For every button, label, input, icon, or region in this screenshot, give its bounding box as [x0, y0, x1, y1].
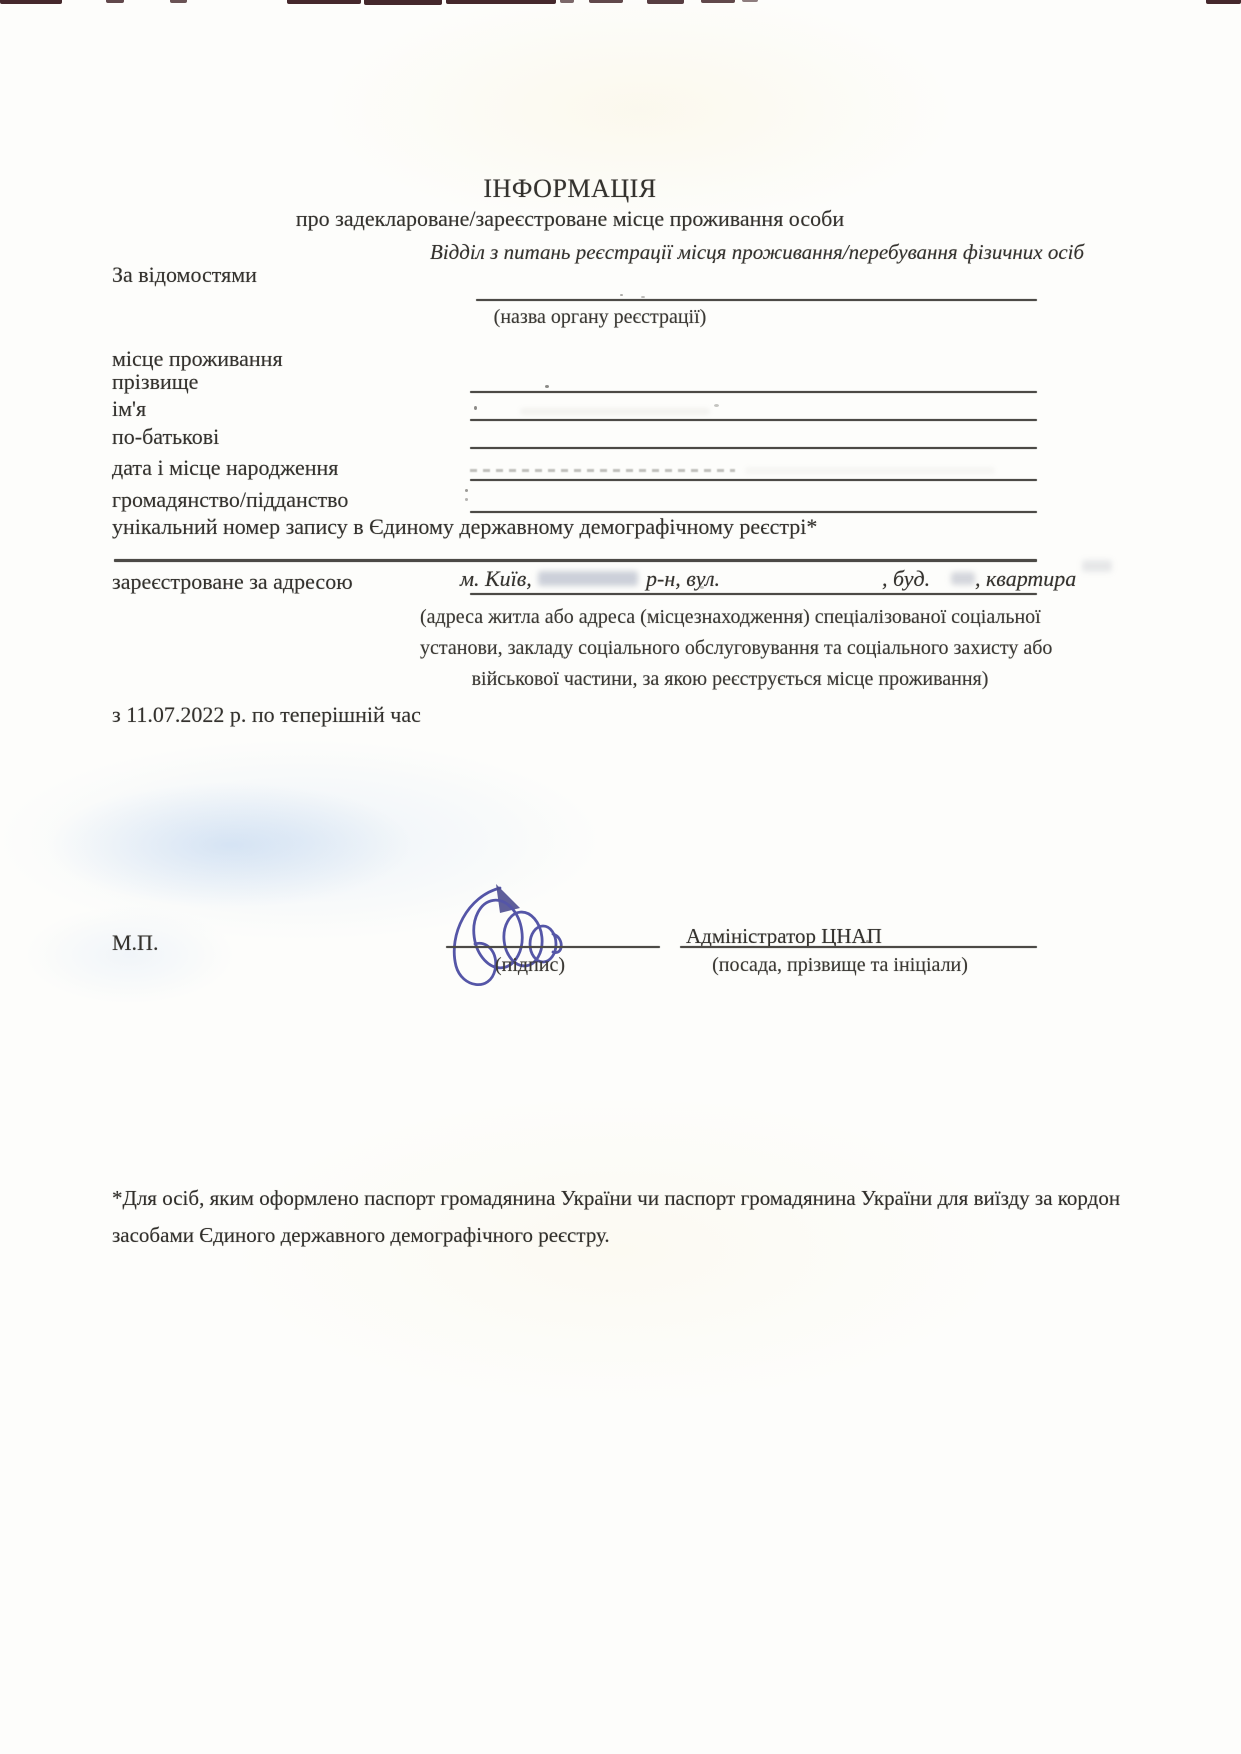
- address-building-label: , буд.: [882, 566, 930, 592]
- address-city: м. Київ,: [460, 566, 532, 592]
- authority-caption: (назва органу реєстрації): [430, 306, 770, 329]
- field-line-surname: [470, 391, 1037, 393]
- field-label-given-name: ім'я: [112, 396, 146, 422]
- address-house-smudge: [951, 572, 975, 585]
- redaction-mark: [714, 404, 719, 407]
- document-subtitle: про задеклароване/зареєстроване місце пр…: [0, 206, 1140, 232]
- footnote-line-2: засобами Єдиного державного демографічно…: [112, 1217, 1120, 1254]
- field-label-patronymic: по-батькові: [112, 424, 219, 450]
- field-line-given-name: [470, 419, 1037, 421]
- authority-value: Відділ з питань реєстрації місця прожива…: [430, 240, 1084, 265]
- redaction-dashes: [470, 469, 735, 472]
- footnote-line-1: *Для осіб, яким оформлено паспорт громад…: [112, 1180, 1120, 1217]
- authority-line: [476, 299, 1037, 301]
- address-district-smudge: [538, 571, 638, 586]
- address-label: зареєстроване за адресою: [112, 569, 353, 595]
- scan-artifact: [701, 0, 735, 3]
- redaction-smudge: [745, 467, 995, 474]
- redaction-mark: [700, 586, 704, 589]
- redaction-mark: [474, 406, 477, 410]
- redaction-smudge: [520, 408, 710, 415]
- signature-caption: (підпис): [450, 954, 610, 977]
- address-caption-line-3: військової частини, за якою реєструється…: [420, 664, 1040, 695]
- document-title: ІНФОРМАЦІЯ: [0, 174, 1140, 204]
- period-text: з 11.07.2022 р. по теперішній час: [112, 702, 421, 728]
- field-line-patronymic: [470, 447, 1037, 449]
- field-label-citizenship: громадянство/підданство: [112, 487, 348, 513]
- field-label-surname: прізвище: [112, 369, 198, 395]
- position-caption: (посада, прізвище та ініціали): [690, 954, 990, 977]
- signature-scribble: [444, 880, 584, 998]
- redaction-mark: [545, 385, 549, 388]
- authority-label: За відомостями: [112, 262, 257, 288]
- scan-artifact: [560, 0, 574, 3]
- scan-artifact: [589, 0, 623, 3]
- line-smudge: [641, 296, 645, 298]
- scan-artifact: [742, 0, 758, 2]
- stamp-label: М.П.: [112, 930, 158, 956]
- address-caption-line-2: установи, закладу соціального обслуговув…: [420, 633, 1040, 664]
- signature-line: [446, 946, 660, 948]
- line-smudge: [620, 294, 623, 296]
- scan-artifact: [364, 0, 442, 5]
- separator-line: [114, 559, 1037, 562]
- scan-artifact: [1206, 0, 1241, 4]
- address-line: [470, 593, 1037, 595]
- address-apartment-label: , квартира: [975, 566, 1076, 592]
- field-label-birth: дата і місце народження: [112, 455, 338, 481]
- redaction-mark: [866, 940, 869, 943]
- scan-artifact: [0, 0, 62, 4]
- field-line-citizenship: [470, 511, 1037, 513]
- address-district-suffix: р-н, вул.: [646, 566, 720, 592]
- address-apartment-smudge: [1082, 560, 1112, 572]
- unique-number-label: унікальний номер запису в Єдиному держав…: [112, 514, 817, 540]
- scan-artifact: [106, 0, 124, 3]
- document-page: ІНФОРМАЦІЯ про задеклароване/зареєстрова…: [0, 0, 1241, 1754]
- address-caption-line-1: (адреса житла або адреса (місцезнаходжен…: [420, 602, 1040, 633]
- scan-artifact: [170, 0, 187, 3]
- scan-artifact: [446, 0, 556, 4]
- scan-artifact: [287, 0, 361, 4]
- field-line-birth: [470, 479, 1037, 481]
- position-line: [680, 946, 1037, 948]
- scan-artifact: [647, 0, 684, 4]
- redaction-mark: [465, 489, 468, 492]
- redaction-mark: [465, 498, 468, 501]
